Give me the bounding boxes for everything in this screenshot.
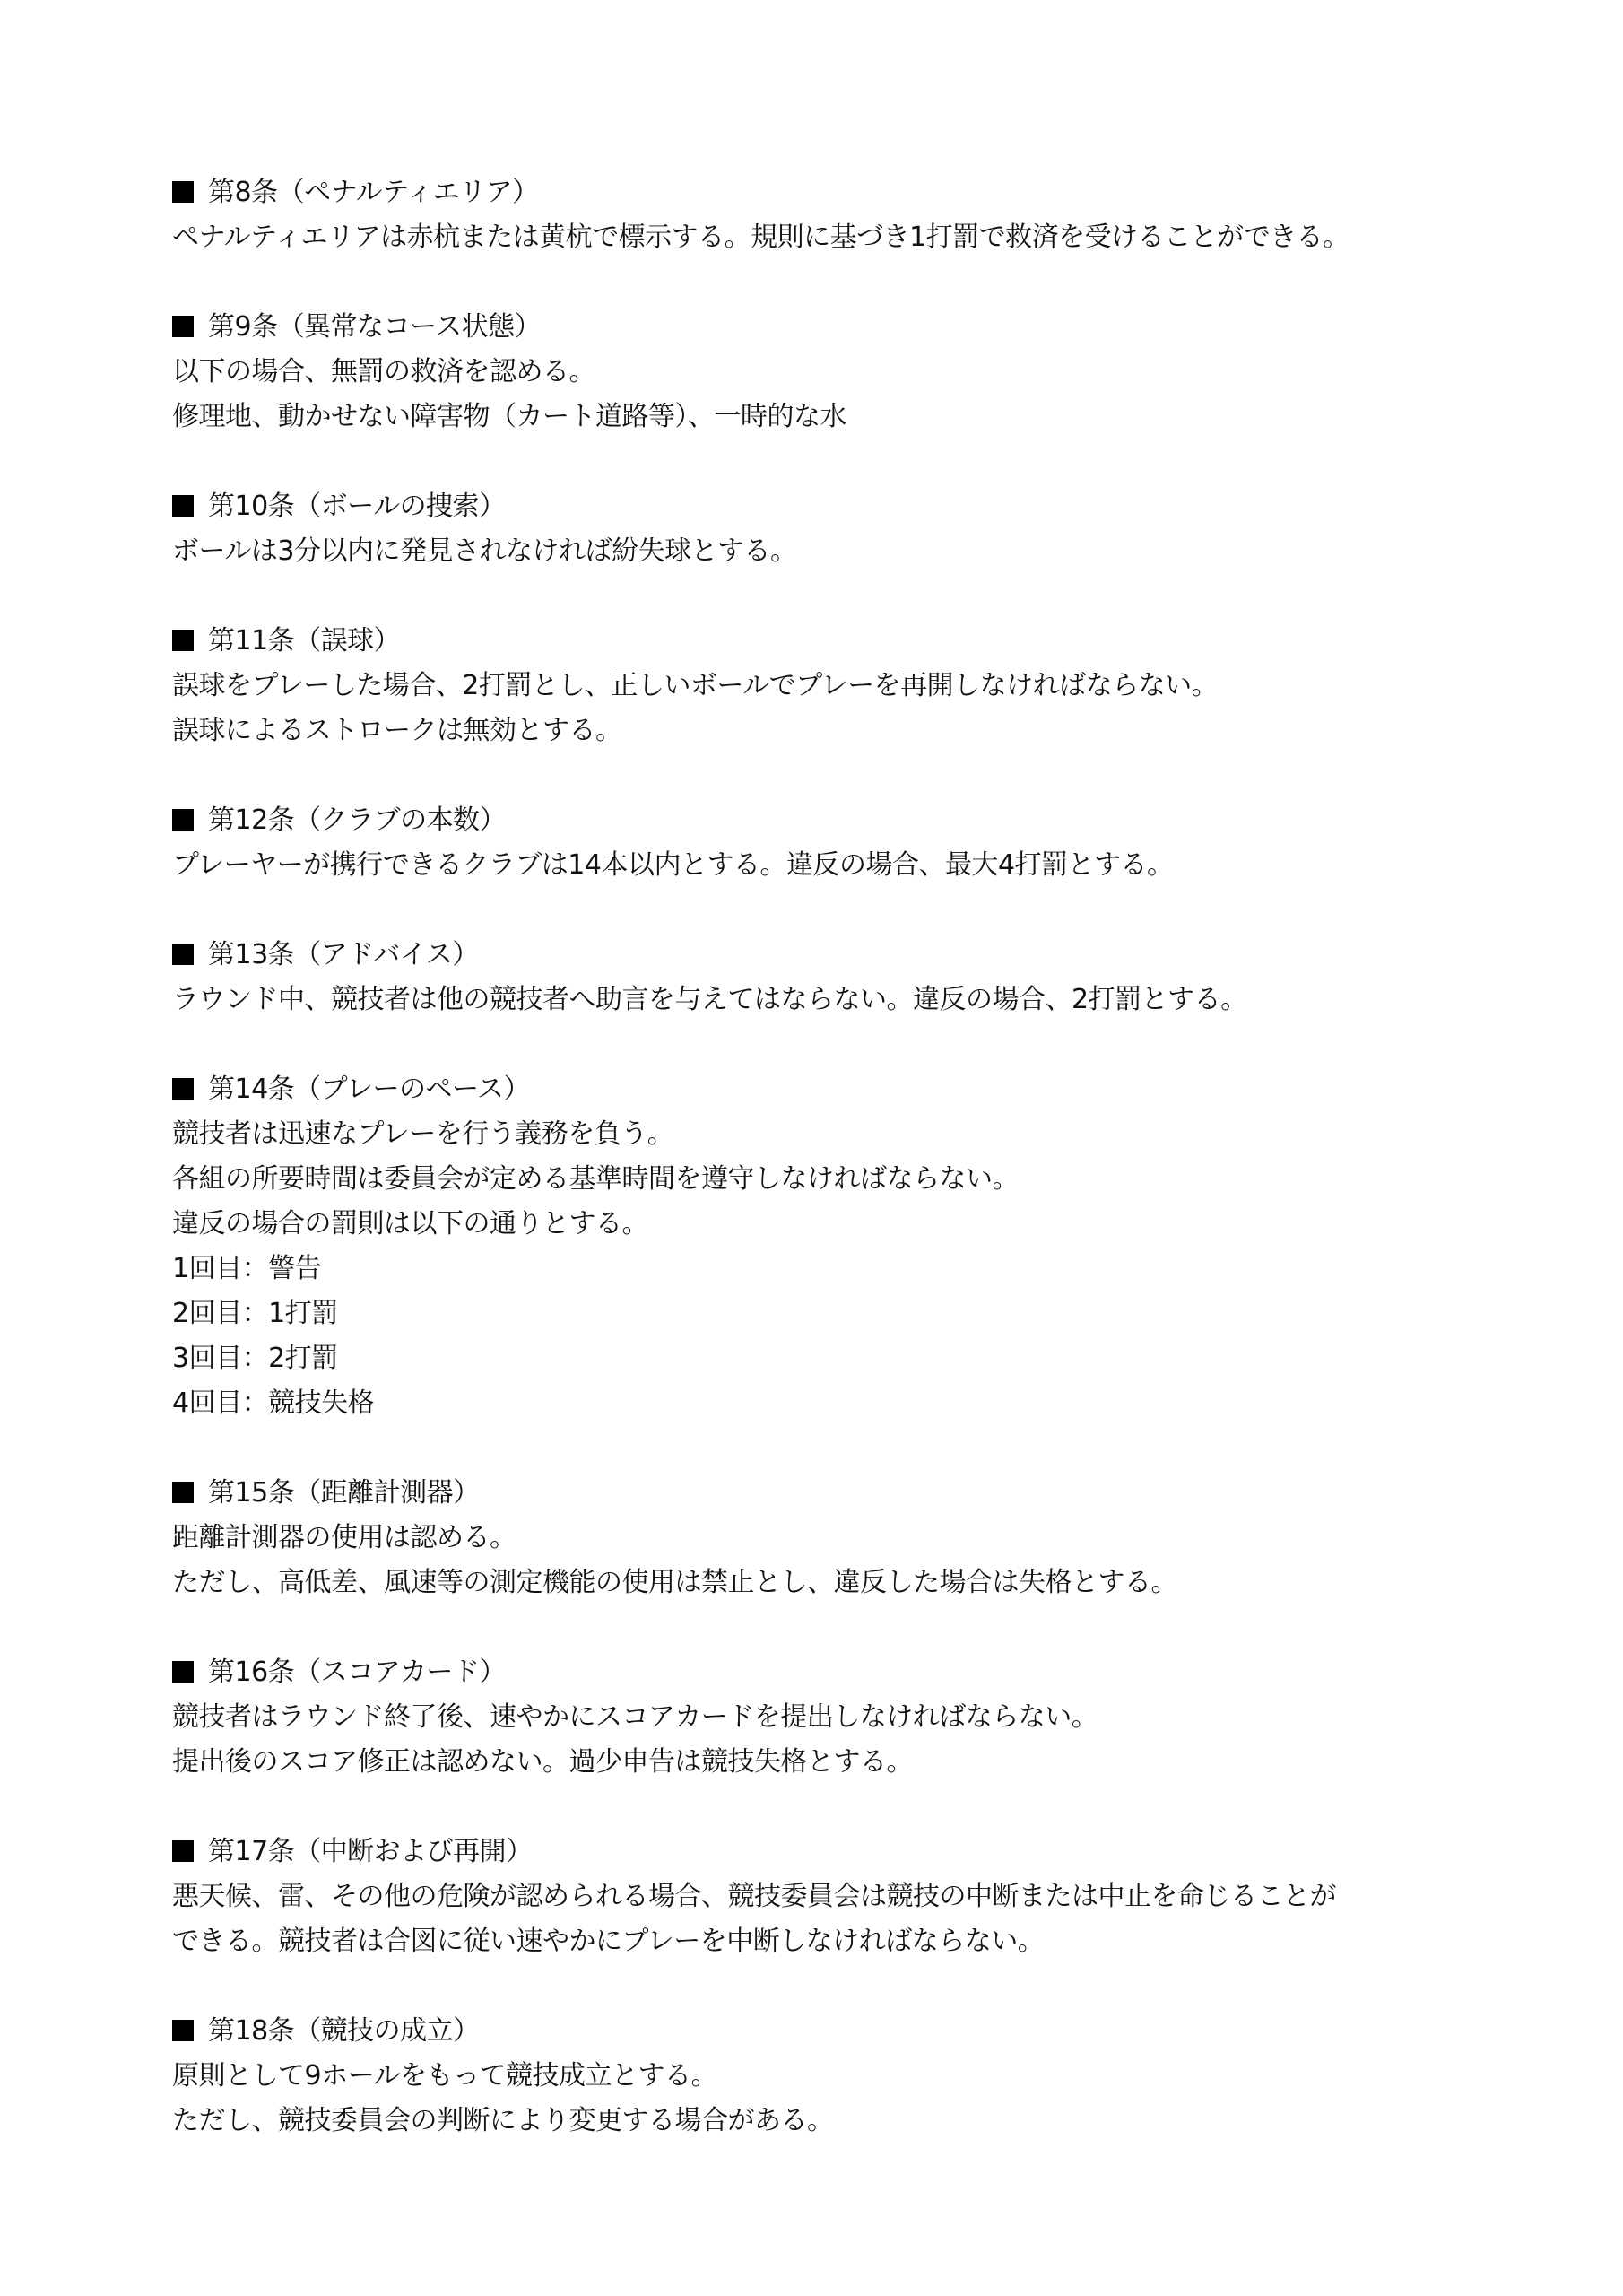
body-line: できる。競技者は合図に従い速やかにプレーを中断しなければならない。: [172, 1919, 1463, 1964]
square-bullet-icon: [172, 1482, 194, 1503]
body-line: 各組の所要時間は委員会が定める基準時間を遵守しなければならない。: [172, 1157, 1463, 1202]
square-bullet-icon: [172, 809, 194, 831]
article-heading: 第14条（プレーのペース）: [172, 1067, 1463, 1112]
heading-text: 第17条（中断および再開）: [208, 1836, 533, 1867]
body-line: プレーヤーが携行できるクラブは14本以内とする。違反の場合、最大4打罰とする。: [172, 843, 1463, 888]
heading-text: 第8条（ペナルティエリア）: [208, 177, 539, 208]
heading-text: 第14条（プレーのペース）: [208, 1074, 530, 1105]
article-heading: 第11条（誤球）: [172, 619, 1463, 664]
article-18: 第18条（競技の成立） 原則として9ホールをもって競技成立とする。 ただし、競技…: [172, 2009, 1463, 2144]
article-10: 第10条（ボールの捜索） ボールは3分以内に発見されなければ紛失球とする。: [172, 484, 1463, 574]
heading-text: 第18条（競技の成立）: [208, 2015, 480, 2047]
square-bullet-icon: [172, 1661, 194, 1683]
article-heading: 第17条（中断および再開）: [172, 1830, 1463, 1874]
article-heading: 第12条（クラブの本数）: [172, 798, 1463, 843]
body-line: ボールは3分以内に発見されなければ紛失球とする。: [172, 529, 1463, 574]
penalty-item: 2回目：1打罰: [172, 1291, 1463, 1336]
square-bullet-icon: [172, 316, 194, 337]
article-9: 第9条（異常なコース状態） 以下の場合、無罰の救済を認める。 修理地、動かせない…: [172, 305, 1463, 439]
article-heading: 第18条（競技の成立）: [172, 2009, 1463, 2054]
body-line: 距離計測器の使用は認める。: [172, 1516, 1463, 1561]
article-heading: 第9条（異常なコース状態）: [172, 305, 1463, 350]
penalty-item: 3回目：2打罰: [172, 1336, 1463, 1381]
article-11: 第11条（誤球） 誤球をプレーした場合、2打罰とし、正しいボールでプレーを再開し…: [172, 619, 1463, 753]
heading-text: 第15条（距離計測器）: [208, 1477, 480, 1509]
article-12: 第12条（クラブの本数） プレーヤーが携行できるクラブは14本以内とする。違反の…: [172, 798, 1463, 888]
body-line: 競技者は迅速なプレーを行う義務を負う。: [172, 1112, 1463, 1157]
body-line: ただし、競技委員会の判断により変更する場合がある。: [172, 2099, 1463, 2144]
penalty-item: 1回目：警告: [172, 1247, 1463, 1291]
body-line: 原則として9ホールをもって競技成立とする。: [172, 2054, 1463, 2099]
square-bullet-icon: [172, 1840, 194, 1862]
square-bullet-icon: [172, 181, 194, 203]
article-15: 第15条（距離計測器） 距離計測器の使用は認める。 ただし、高低差、風速等の測定…: [172, 1471, 1463, 1605]
body-line: 違反の場合の罰則は以下の通りとする。: [172, 1202, 1463, 1247]
heading-text: 第12条（クラブの本数）: [208, 804, 506, 836]
article-17: 第17条（中断および再開） 悪天候、雷、その他の危険が認められる場合、競技委員会…: [172, 1830, 1463, 1964]
heading-text: 第9条（異常なコース状態）: [208, 311, 541, 343]
article-heading: 第13条（アドバイス）: [172, 933, 1463, 978]
heading-text: 第13条（アドバイス）: [208, 939, 479, 970]
square-bullet-icon: [172, 630, 194, 651]
article-heading: 第10条（ボールの捜索）: [172, 484, 1463, 529]
article-heading: 第15条（距離計測器）: [172, 1471, 1463, 1516]
article-8: 第8条（ペナルティエリア） ペナルティエリアは赤杭または黄杭で標示する。規則に基…: [172, 170, 1463, 260]
article-heading: 第8条（ペナルティエリア）: [172, 170, 1463, 215]
body-line: 修理地、動かせない障害物（カート道路等）、一時的な水: [172, 395, 1463, 439]
penalty-item: 4回目：競技失格: [172, 1381, 1463, 1426]
article-14: 第14条（プレーのペース） 競技者は迅速なプレーを行う義務を負う。 各組の所要時…: [172, 1067, 1463, 1426]
article-13: 第13条（アドバイス） ラウンド中、競技者は他の競技者へ助言を与えてはならない。…: [172, 933, 1463, 1022]
body-line: 悪天候、雷、その他の危険が認められる場合、競技委員会は競技の中断または中止を命じ…: [172, 1874, 1463, 1919]
body-line: 誤球によるストロークは無効とする。: [172, 709, 1463, 753]
document-page: 第8条（ペナルティエリア） ペナルティエリアは赤杭または黄杭で標示する。規則に基…: [172, 170, 1463, 2188]
body-line: 誤球をプレーした場合、2打罰とし、正しいボールでプレーを再開しなければならない。: [172, 664, 1463, 709]
heading-text: 第10条（ボールの捜索）: [208, 491, 506, 522]
body-line: 以下の場合、無罰の救済を認める。: [172, 350, 1463, 395]
body-line: ペナルティエリアは赤杭または黄杭で標示する。規則に基づき1打罰で救済を受けること…: [172, 215, 1463, 260]
square-bullet-icon: [172, 495, 194, 517]
body-line: ラウンド中、競技者は他の競技者へ助言を与えてはならない。違反の場合、2打罰とする…: [172, 978, 1463, 1022]
body-line: 競技者はラウンド終了後、速やかにスコアカードを提出しなければならない。: [172, 1695, 1463, 1740]
heading-text: 第16条（スコアカード）: [208, 1657, 506, 1688]
square-bullet-icon: [172, 2020, 194, 2041]
heading-text: 第11条（誤球）: [208, 625, 400, 657]
article-heading: 第16条（スコアカード）: [172, 1650, 1463, 1695]
body-line: 提出後のスコア修正は認めない。過少申告は競技失格とする。: [172, 1740, 1463, 1785]
body-line: ただし、高低差、風速等の測定機能の使用は禁止とし、違反した場合は失格とする。: [172, 1561, 1463, 1605]
square-bullet-icon: [172, 944, 194, 965]
square-bullet-icon: [172, 1078, 194, 1100]
article-16: 第16条（スコアカード） 競技者はラウンド終了後、速やかにスコアカードを提出しな…: [172, 1650, 1463, 1785]
